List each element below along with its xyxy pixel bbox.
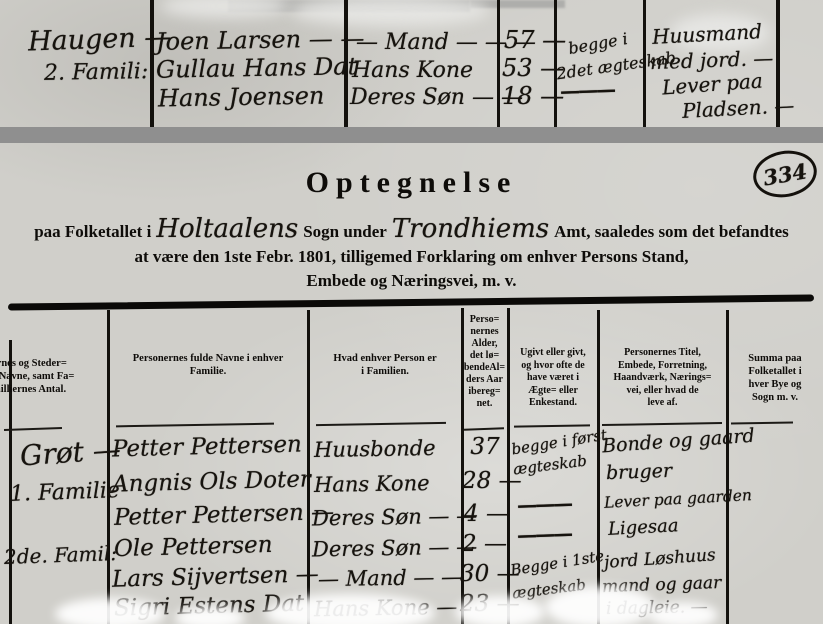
ditto-dash: ——— — [517, 491, 572, 517]
occupation-text: jord Løshuus — [603, 545, 716, 573]
resident-name: Gullau Hans Dat — [156, 52, 358, 84]
resident-name: Petter Pettersen — — [114, 499, 335, 531]
header-underline — [731, 421, 793, 424]
scan-light-patch — [160, 0, 290, 18]
family-role: — Mand — — — [318, 565, 462, 592]
farm-name: Grøt — — [19, 433, 122, 473]
resident-name: Joen Larsen — — — [156, 24, 365, 56]
census-scan-page: Haugen — 2. Famili: Joen Larsen — — Gull… — [0, 0, 823, 624]
scan-flare — [175, 606, 245, 624]
occupation-text: Bonde og gaard — [601, 425, 755, 458]
resident-name: Ole Pettersen — [114, 532, 273, 562]
family-role: Huusbonde — [314, 436, 436, 462]
occupation-text: Lever paa gaarden — [604, 486, 753, 512]
ditto-dash: ——— — [560, 77, 615, 103]
ditto-dash: ——— — [517, 521, 572, 547]
family-role: Hans Kone — [314, 471, 430, 497]
age-value: 28 — — [462, 468, 504, 494]
marital-status: Begge i 1ste — [509, 547, 605, 580]
header-underline — [602, 422, 722, 426]
family-role: Deres Søn — — — [350, 85, 523, 110]
header-underline — [116, 423, 274, 428]
table-top-rule — [8, 294, 814, 310]
scan-light-patch — [290, 0, 490, 26]
family-role: Deres Søn — — — [312, 535, 477, 562]
header-underline — [316, 422, 446, 426]
header-underline — [4, 427, 62, 431]
document-title: Optegnelse — [0, 166, 823, 200]
resident-name: Angnis Ols Doter — [112, 466, 312, 497]
resident-name: Lars Sijvertsen — — [112, 561, 319, 592]
family-number: 2. Famili: — [44, 59, 149, 86]
scan-flare — [265, 594, 435, 624]
title-line2: paa Folketallet i Holtaalens Sogn under … — [0, 214, 823, 244]
county-name-handwritten: Trondhiems — [392, 214, 549, 244]
age-value: 2 — — [462, 531, 504, 557]
occupation-text: bruger — [606, 460, 673, 484]
occupation-text: Ligesaa — [607, 515, 679, 540]
family-role: Hans Kone — [352, 58, 473, 83]
age-value: 37 — [464, 434, 506, 460]
scan-flare — [455, 596, 545, 624]
scan-flare — [545, 586, 655, 624]
resident-name: Hans Joensen — [158, 82, 325, 113]
title-line2-print: paa Folketallet i — [34, 222, 151, 242]
title-line2-print: Sogn under — [303, 222, 387, 242]
title-line4: Embede og Næringsvei, m. v. — [0, 271, 823, 291]
parish-name-handwritten: Holtaalens — [156, 214, 298, 244]
column-header-summa: Summa paa Folketallet i hver Bye og Sogn… — [729, 352, 821, 404]
title-line2-print: Amt, saaledes som det befandtes — [554, 222, 789, 242]
column-header-names: Personernes fulde Navne i enhver Familie… — [110, 352, 306, 378]
age-value: 30 — — [460, 561, 502, 587]
marital-status: begge i — [567, 29, 629, 58]
column-header-role: Hvad enhver Person er i Familien. — [310, 352, 460, 378]
column-header-place: ernes og Steder= s Navne, samt Fa= milli… — [0, 357, 108, 396]
age-value: 4 — — [464, 501, 506, 527]
column-header-marital: Ugivt eller givt, og hvor ofte de have v… — [509, 347, 597, 410]
title-line3: at være den 1ste Febr. 1801, tilligemed … — [0, 247, 823, 267]
farm-name: Haugen — — [28, 22, 172, 58]
age-value: 18 — — [502, 82, 564, 110]
column-header-age: Perso= nernes Alder, det lø= bendeAl= de… — [462, 314, 507, 410]
header-underline — [514, 424, 590, 427]
marital-status: begge i først — [510, 426, 608, 459]
resident-name: Petter Pettersen — [112, 432, 302, 463]
scan-flare — [648, 602, 718, 624]
column-header-occupation: Personernes Titel, Embede, Forretning, H… — [599, 347, 726, 410]
age-value: 57 — — [504, 26, 566, 54]
scan-flare — [55, 598, 165, 624]
page-separator-band — [0, 127, 823, 143]
family-number: 2de. Famil: — [4, 541, 118, 569]
family-number: 1. Familie — [10, 478, 121, 507]
header-underline — [464, 427, 504, 430]
family-role: Deres Søn — — — [312, 504, 477, 531]
table-column-divider — [150, 0, 154, 128]
